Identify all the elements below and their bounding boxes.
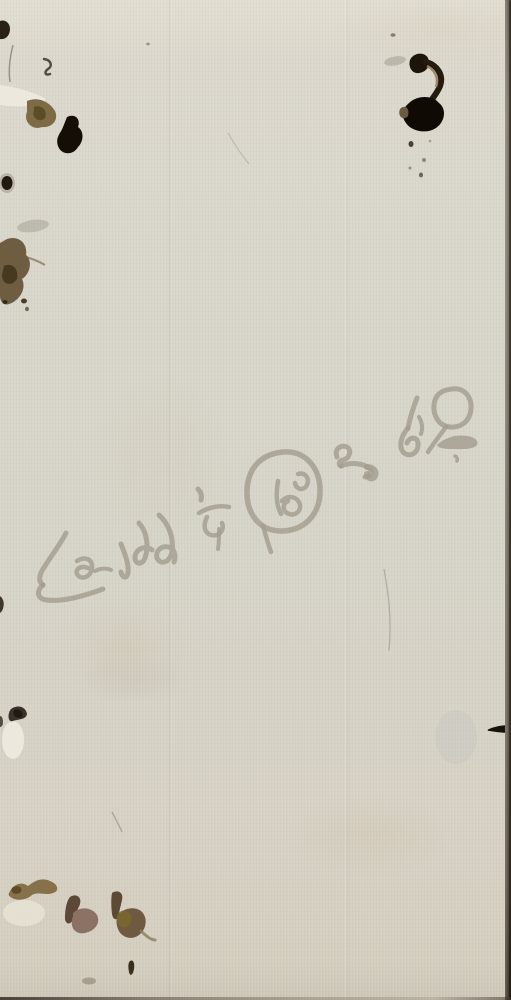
drip-speck (21, 299, 27, 304)
ink-stroke (408, 398, 417, 428)
ink-stroke (77, 559, 92, 578)
edge-notch (0, 596, 4, 613)
grey-smudge (16, 218, 49, 234)
ink-circle-enclosure (247, 452, 320, 531)
pale-worn-patch (2, 721, 24, 759)
ink-stroke (198, 489, 201, 500)
inscription-char-guan (401, 389, 478, 461)
inscription (38, 389, 477, 601)
ink-tick (128, 960, 134, 974)
edge-speck (0, 716, 3, 727)
speck (429, 140, 432, 143)
ink-stroke (282, 497, 300, 514)
paper-crack (9, 45, 13, 82)
olive-patch (117, 911, 132, 928)
ink-stroke (455, 456, 457, 461)
ink-stroke (157, 515, 175, 562)
top-right-ink-blot (383, 33, 444, 177)
tiny-speck (391, 33, 396, 37)
blot-body (403, 97, 444, 131)
hairline-scratches (112, 133, 390, 832)
page-right-edge-shadow (505, 0, 511, 1000)
speck (409, 167, 412, 170)
grey-smudge (383, 55, 406, 68)
ink-stroke (218, 529, 219, 549)
inscription-char-zhou (121, 515, 175, 577)
scanned-page (0, 0, 511, 1000)
tiny-speck (146, 43, 150, 46)
ink-stroke (199, 506, 229, 513)
scratch (384, 569, 390, 651)
inscription-char-tu-encircled (247, 452, 320, 552)
ink-stroke (419, 417, 422, 434)
faint-smudge (435, 710, 477, 764)
speck (409, 141, 414, 147)
ink-stroke (121, 544, 128, 577)
faint-smudge (82, 978, 96, 985)
mid-left-spot (0, 707, 27, 759)
left-edge-notch (0, 596, 4, 613)
blot-tail (141, 931, 155, 940)
black-ink-blot (57, 116, 82, 154)
blot-side-lobe (399, 107, 408, 118)
ink-thick-stroke (437, 435, 478, 449)
top-left-stain-cluster (0, 20, 150, 311)
hook-mark (44, 59, 51, 75)
inscription-char-wen (38, 533, 111, 600)
speck (419, 173, 423, 178)
drip-speck (3, 300, 8, 304)
ink-stroke (401, 428, 418, 455)
ink-stroke (95, 569, 111, 571)
right-edge-dash (435, 710, 511, 764)
ink-dot (2, 176, 13, 190)
drip-speck (25, 307, 29, 311)
olive-smear-core (12, 886, 22, 894)
pale-halo (3, 900, 45, 926)
edge-ink-spot (0, 20, 10, 39)
speck (422, 158, 426, 162)
ink-stroke (434, 389, 471, 427)
inscription-char-shi (198, 489, 229, 549)
stains-and-inscription-layer (0, 0, 511, 1000)
scratch (112, 812, 122, 832)
ink-stroke (40, 533, 66, 585)
scratch (228, 133, 249, 164)
mauve-blot (72, 908, 99, 933)
inscription-char-shu (336, 446, 375, 478)
ink-stroke (277, 481, 281, 514)
ink-stroke (295, 474, 308, 489)
ink-stroke (135, 523, 152, 563)
bottom-left-stain-cluster (3, 879, 155, 984)
ink-stroke (38, 585, 103, 600)
